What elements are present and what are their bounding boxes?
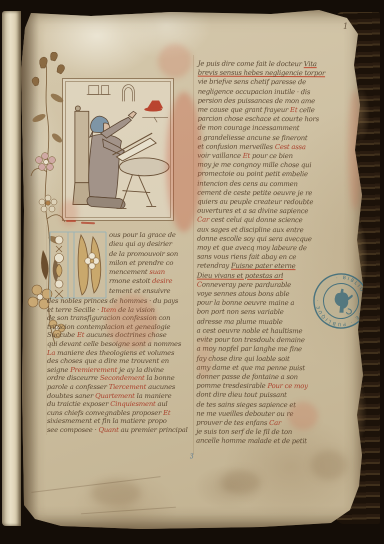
brown-stain — [311, 450, 347, 480]
text-line: Succube Et aucunes doctrines chose — [47, 331, 197, 340]
text-line: du traictie exposer Cinquiesment aul — [47, 400, 197, 409]
pink-flower-icon — [36, 153, 56, 171]
text-line: La maniere des theologiens et volumes — [47, 349, 197, 358]
decorated-initial — [48, 231, 108, 299]
daisy-flower-icon — [39, 195, 57, 212]
left-column-text-upper: ous pour la grace dedieu qui ay desirier… — [109, 231, 201, 296]
crease-line — [81, 507, 176, 515]
text-line: et terre Secille · Item de la vision — [47, 306, 197, 315]
text-line: mencement suan — [109, 268, 201, 277]
red-mark — [81, 222, 95, 224]
text-line: tement et ensuivre — [109, 287, 201, 296]
text-line: parole a confesser Tiercement aucunes — [47, 383, 197, 392]
blue-annotation-mark: ʒ — [190, 452, 193, 459]
text-line: doubtes saner Quartement la maniere — [47, 392, 197, 401]
text-line: des nobles princes de hommes · du pays — [47, 297, 197, 306]
left-column-text-lower: des nobles princes de hommes · du payset… — [47, 297, 197, 435]
text-line: see composee · Quant au premier principa… — [47, 426, 197, 435]
facing-page-edge — [2, 11, 21, 526]
text-line: milon et prendre co — [109, 259, 201, 268]
miniature-scribe-illustration — [62, 78, 174, 221]
text-line: de la promouvoir son — [109, 250, 201, 259]
text-line: seigne Premierement je ay la divine — [47, 366, 197, 375]
text-line: dieu qui ay desirier — [109, 240, 201, 249]
brown-stain — [221, 470, 261, 494]
text-line: cuns chiefs convegnables proposer Et — [47, 409, 197, 418]
right-column-text: Je puis dire come fait le docteur Vitabr… — [196, 60, 358, 447]
text-line: sixiesmement et fin la matiere propo — [47, 417, 197, 426]
text-line: ous pour la grace de — [109, 231, 201, 240]
text-line: ancelle homme malade et de petit — [196, 437, 356, 447]
text-line: qui devant celle besoigne sont a nommes — [47, 340, 197, 349]
text-line: rmone estoit desire — [109, 277, 201, 286]
text-line: de son transfiguracion confession con — [47, 314, 197, 323]
manuscript-photo: 1 — [0, 0, 384, 544]
illuminated-letter-icon — [48, 231, 108, 299]
text-line: ordre disceurre Secondement la bonne — [47, 374, 197, 383]
red-stain — [158, 44, 192, 78]
red-hat-icon — [144, 100, 163, 111]
text-line: tritacion contemplacion et genealogie — [47, 323, 197, 332]
crease-line — [31, 476, 160, 493]
text-line: des choses que a dire me trouvent en — [47, 357, 197, 366]
scribe-at-desk-icon — [63, 79, 173, 220]
folio-number: 1 — [343, 22, 348, 31]
manuscript-page: 1 — [21, 10, 367, 529]
